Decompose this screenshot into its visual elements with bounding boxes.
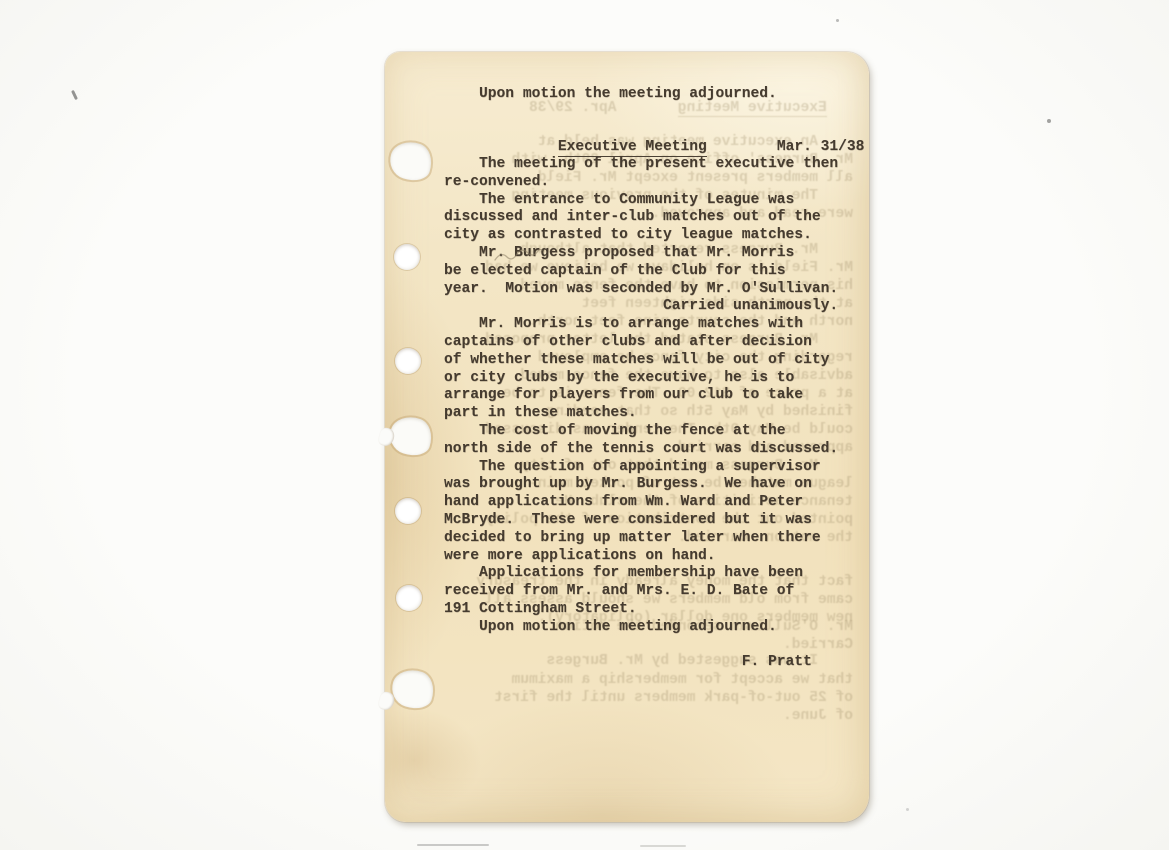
- punch-hole: [395, 498, 421, 524]
- heading-indent: [497, 139, 558, 155]
- punch-hole: [395, 348, 421, 374]
- opening-line: Upon motion the meeting adjourned.: [444, 86, 777, 104]
- dust-speck: [417, 844, 489, 846]
- body-text: The meeting of the present executive the…: [444, 156, 838, 672]
- dust-speck: [906, 808, 909, 811]
- heading-gap: [707, 139, 777, 155]
- punch-hole: [396, 585, 422, 611]
- dust-speck: [71, 90, 78, 100]
- punch-hole: [394, 244, 420, 270]
- heading-title: Executive Meeting: [558, 139, 707, 157]
- pencil-scribble: [493, 249, 543, 265]
- punch-hole: [398, 677, 424, 703]
- punch-hole: [396, 149, 422, 175]
- dust-speck: [836, 19, 839, 22]
- bleed-line: of 25 out-of-park members until the firs…: [494, 690, 853, 708]
- dust-speck: [1047, 119, 1051, 123]
- scan-background: Executive Meeting Apr. 29/38 An executiv…: [0, 0, 1169, 850]
- bleed-line: that we accept for membership a maximum: [511, 672, 853, 690]
- bleed-line: of June.: [783, 708, 853, 726]
- dust-speck: [640, 845, 686, 847]
- heading-date: Mar. 31/38: [777, 139, 865, 155]
- punch-hole: [396, 424, 422, 450]
- document-page: Executive Meeting Apr. 29/38 An executiv…: [385, 52, 869, 822]
